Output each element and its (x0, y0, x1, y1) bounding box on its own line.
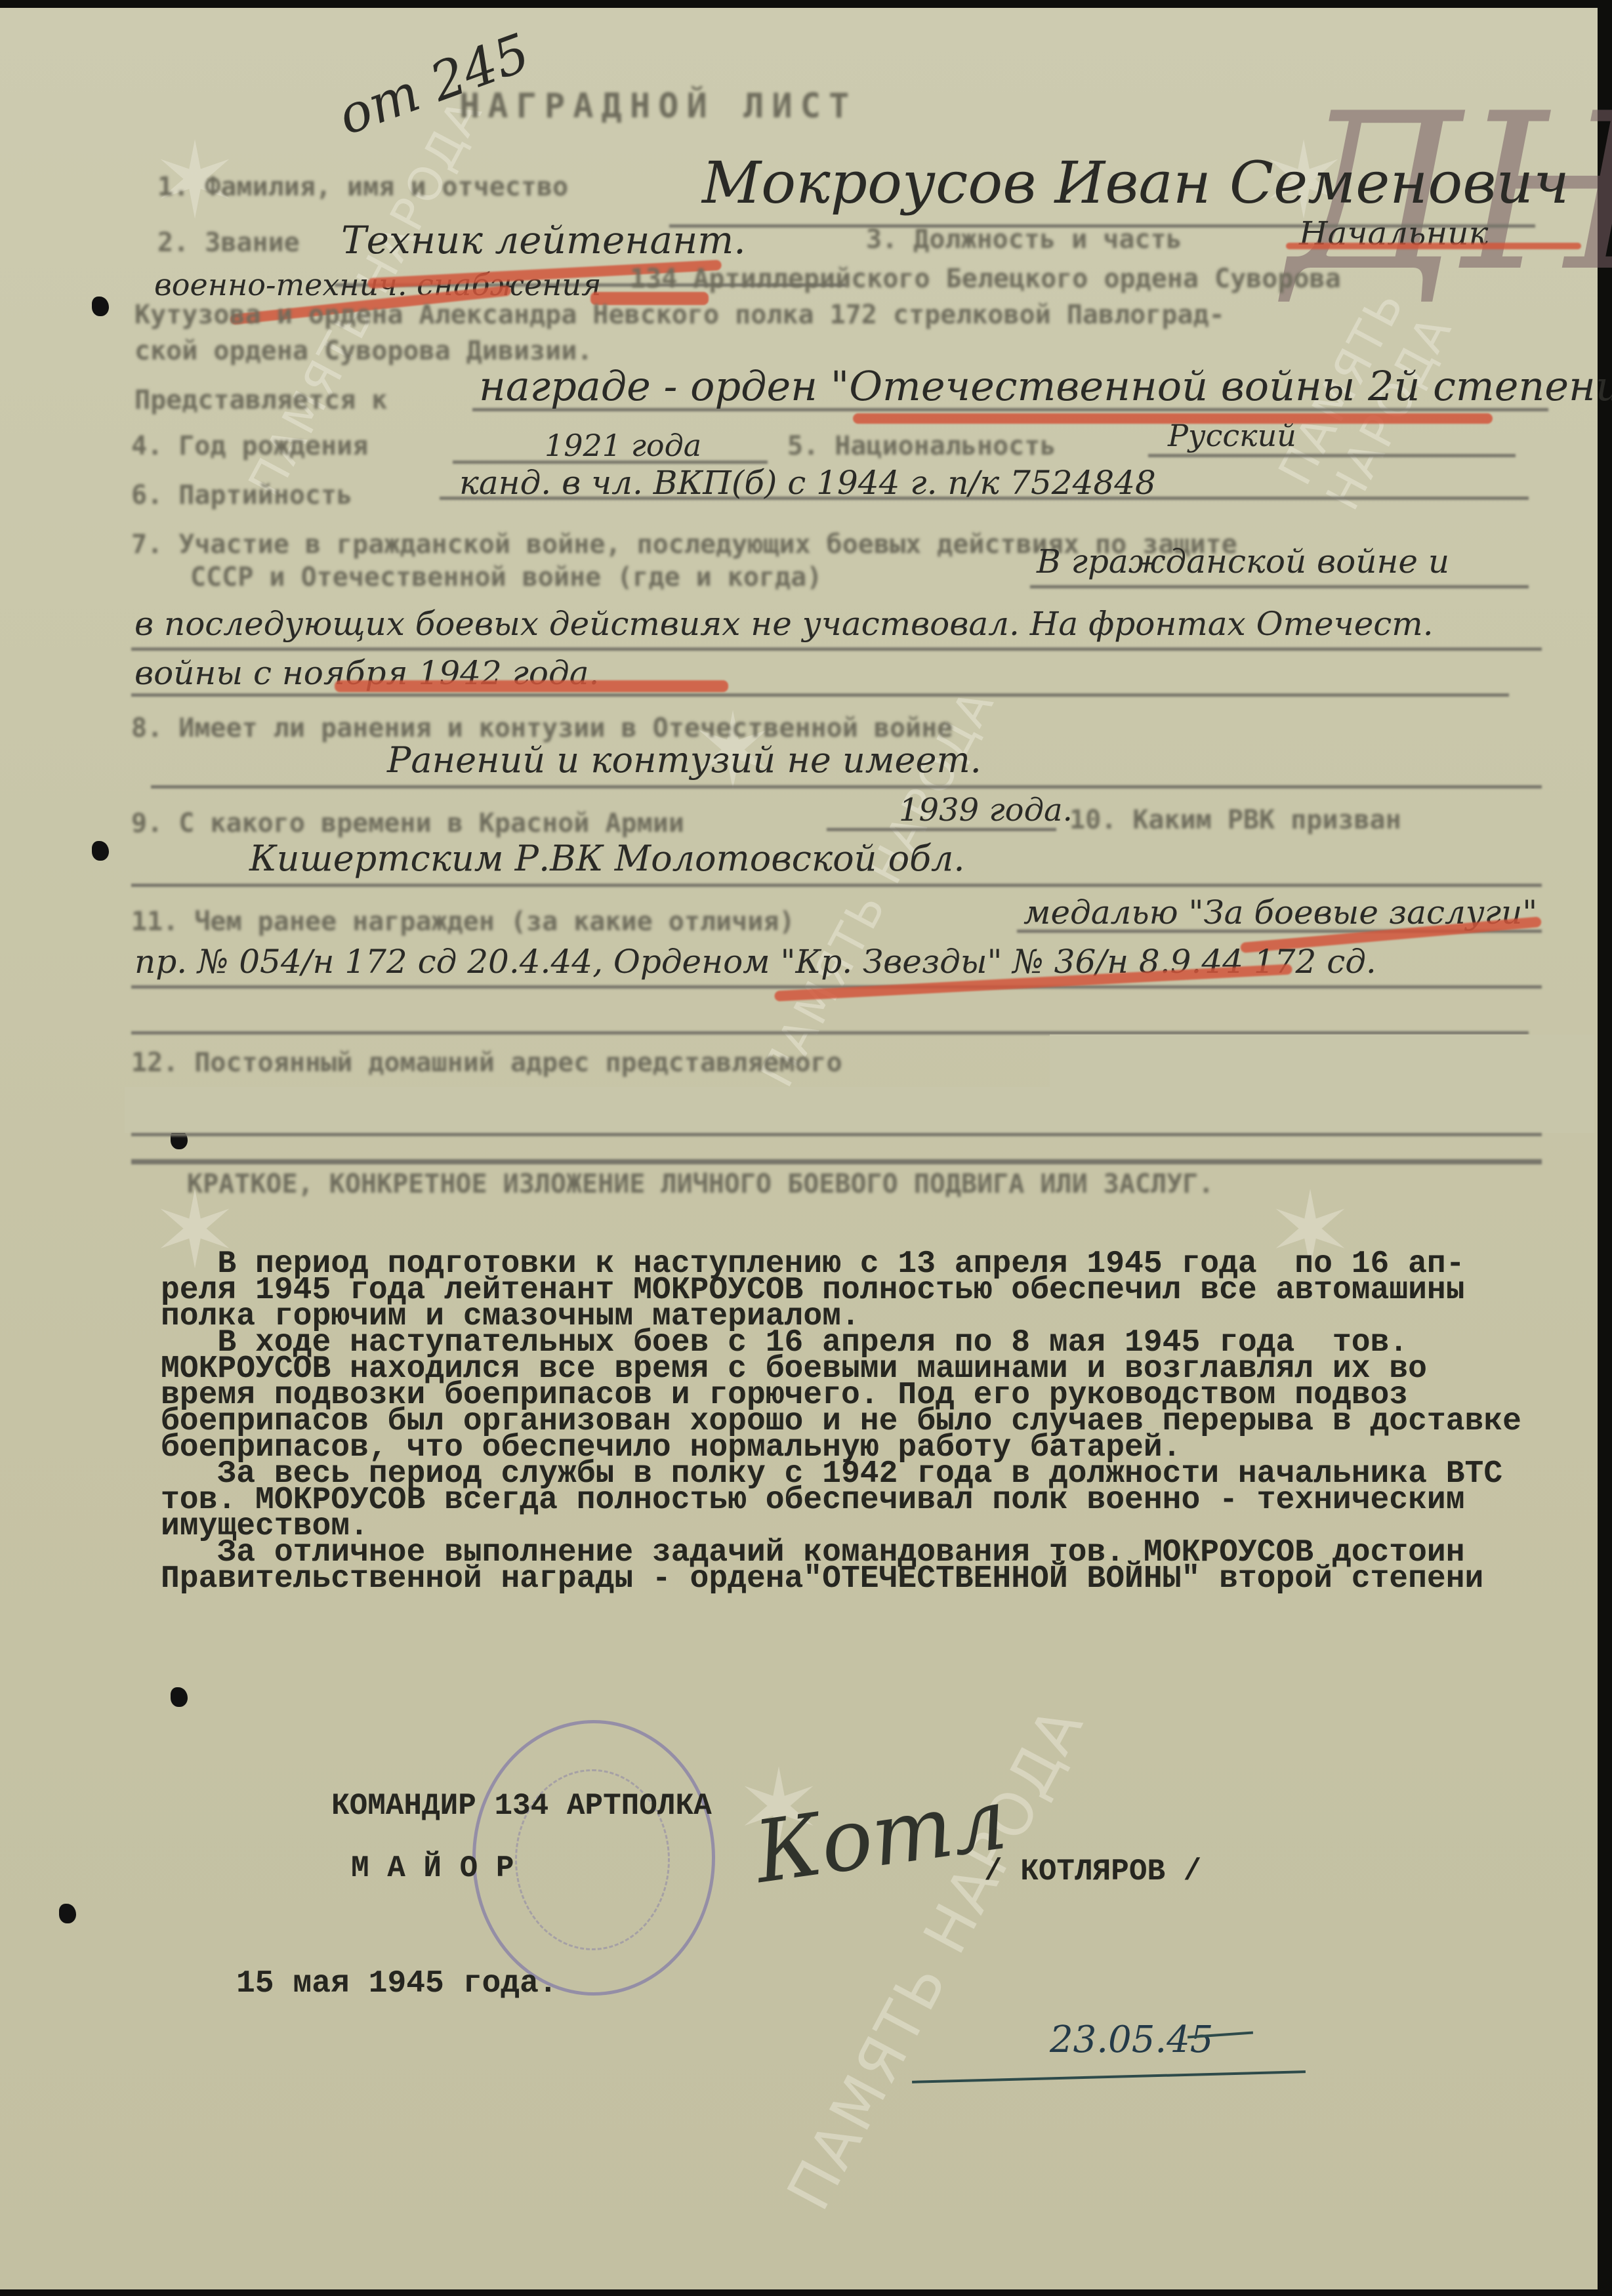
field-6-label: 6. Партийность (131, 480, 352, 510)
signer-rank: М А Й О Р (351, 1851, 514, 1885)
field-7-value-1: В гражданской войне и (1037, 543, 1449, 581)
field-3-unit-line-1: 134 Артиллерийского Белецкого ордена Сув… (630, 264, 1341, 294)
field-5-value: Русский (1168, 418, 1296, 453)
redacted-address (1050, 1035, 1594, 1090)
field-3-label: 3. Должность и часть (866, 224, 1182, 255)
field-1-label: 1. Фамилия, имя и отчество (157, 172, 568, 202)
field-5-label: 5. Национальность (787, 431, 1056, 461)
field-1-value: Мокроусов Иван Семенович (702, 149, 1569, 216)
field-3-unit-line-2: Кутузова и ордена Александра Невского по… (134, 300, 1225, 330)
punch-hole (59, 1904, 76, 1923)
field-7-value-2: в последующих боевых действиях не участв… (134, 605, 1434, 643)
field-6-value: канд. в чл. ВКП(б) с 1944 г. п/к 7524848 (459, 464, 1156, 502)
section-header: КРАТКОЕ, КОНКРЕТНОЕ ИЗЛОЖЕНИЕ ЛИЧНОГО БО… (187, 1169, 1214, 1199)
punch-hole (92, 841, 109, 861)
signer-position: КОМАНДИР 134 АРТПОЛКА (331, 1789, 712, 1823)
field-9-label: 9. С какого времени в Красной Армии (131, 808, 684, 838)
punch-hole (171, 1687, 188, 1707)
award-label: Представляется к (134, 385, 387, 415)
field-4-label: 4. Год рождения (131, 431, 368, 461)
field-9-value: 1939 года. (899, 792, 1073, 829)
field-10-value: Кишертским Р.ВК Молотовской обл. (249, 838, 965, 879)
document-title: НАГРАДНОЙ ЛИСТ (459, 87, 857, 126)
field-12-label: 12. Постоянный домашний адрес представля… (131, 1048, 842, 1078)
handwritten-registration-date: 23.05.45 (1050, 2019, 1213, 2061)
award-sheet-paper: ✶ ✶ ✶ ✶ ✶ ✶ ПАМЯТЬ НАРОДА ПАМЯТЬ НАРОДА … (0, 8, 1598, 2289)
field-11-label: 11. Чем ранее награжден (за какие отличи… (131, 907, 795, 937)
signature-date: 15 мая 1945 года. (236, 1966, 558, 2001)
field-4-value: 1921 года (545, 428, 701, 463)
field-8-value: Ранений и контузий не имеет. (387, 739, 982, 781)
award-value: награде - орден "Отечественной войны 2й … (479, 362, 1612, 410)
narrative-line: тов. МОКРОУСОВ всегда полностью обеспечи… (161, 1487, 1598, 1513)
redacted-address-line (125, 1087, 1594, 1133)
narrative-body: В период подготовки к наступлению с 13 а… (161, 1251, 1598, 1592)
field-7-label-2: СССР и Отечественной войне (где и когда) (190, 562, 822, 592)
field-2-label: 2. Звание (157, 228, 300, 258)
signer-name: / КОТЛЯРОВ / (984, 1855, 1201, 1889)
field-10-label: 10. Каким РВК призван (1069, 805, 1401, 835)
punch-hole (92, 297, 109, 316)
narrative-line: Правительственной награды - ордена"ОТЕЧЕ… (161, 1566, 1598, 1592)
field-2-value: Техник лейтенант. (341, 218, 746, 262)
